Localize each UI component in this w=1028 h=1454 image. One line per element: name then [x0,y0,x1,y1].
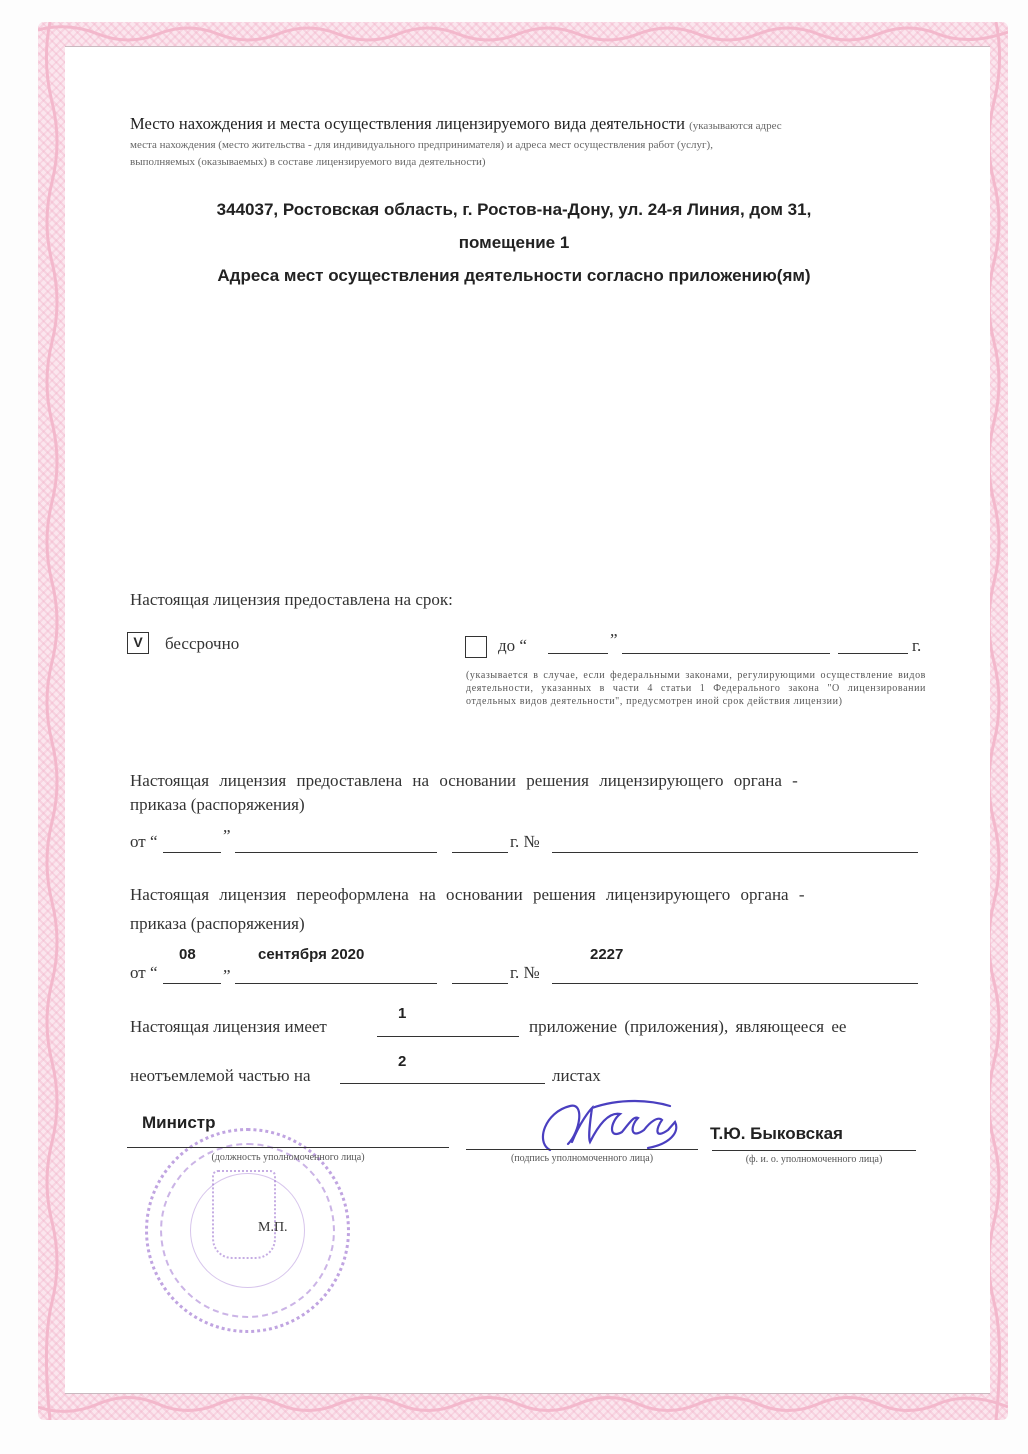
signature-caption: (подпись уполномоченного лица) [466,1153,698,1164]
reissued-number-field[interactable] [552,983,918,984]
open-quote: “ [150,963,158,982]
header-title-main: Место нахождения и места осуществления л… [130,114,685,133]
open-quote: “ [519,636,527,655]
reissued-day-field[interactable] [163,983,221,984]
granted-year-no: г. № [510,832,540,852]
address-line-2: помещение 1 [0,233,1028,253]
reissued-year-field[interactable] [452,983,508,984]
reissued-year-no: г. № [510,963,540,983]
term-label: Настоящая лицензия предоставлена на срок… [130,590,453,610]
appendix-sheets-field[interactable] [340,1083,545,1084]
appendix-suffix-1: приложение (приложения), являющееся ее [529,1017,846,1037]
reissued-day-value: 08 [179,946,196,963]
unlimited-checkbox[interactable]: V [127,632,149,654]
appendix-prefix-1: Настоящая лицензия имеет [130,1017,327,1037]
open-quote: “ [150,832,158,851]
granted-line-2: приказа (распоряжения) [130,795,305,815]
until-year-field[interactable] [838,653,908,654]
header-title: Место нахождения и места осуществления л… [130,114,782,134]
header-note-line3: выполняемых (оказываемых) в составе лице… [130,154,713,171]
reissued-month-year-value: сентября 2020 [258,946,364,963]
from-label: от [130,832,146,851]
name-field [712,1150,916,1151]
reissued-number-value: 2227 [590,946,623,963]
granted-month-field[interactable] [235,852,437,853]
granted-year-field[interactable] [452,852,508,853]
term-note: (указывается в случае, если федеральными… [466,669,926,708]
granted-close-quote: ” [223,826,231,846]
position-field [127,1147,449,1148]
header-note: места нахождения (место жительства - для… [130,137,713,171]
appendix-count-value: 1 [398,1005,406,1022]
name-caption: (ф. и. о. уполномоченного лица) [712,1154,916,1165]
stamp-label: М.П. [258,1220,288,1236]
granted-number-field[interactable] [552,852,918,853]
until-day-field[interactable] [548,653,608,654]
until-prefix: до [498,636,515,655]
reissued-line-1: Настоящая лицензия переоформлена на осно… [130,885,805,905]
reissued-close-quote: „ [223,957,231,977]
from-label: от [130,963,146,982]
position-value: Министр [142,1113,216,1133]
coat-of-arms-emblem [212,1170,276,1259]
until-label: до “ [498,636,527,656]
header-note-inline: (указываются адрес [689,120,782,132]
unlimited-label: бессрочно [165,634,239,654]
until-close-quote: ” [610,630,618,650]
granted-from: от “ [130,832,158,852]
reissued-line-2: приказа (распоряжения) [130,914,305,934]
appendix-sheets-value: 2 [398,1053,406,1070]
appendix-prefix-2: неотъемлемой частью на [130,1066,311,1086]
until-year-suffix: г. [912,636,921,656]
until-month-field[interactable] [622,653,830,654]
address-line-3: Адреса мест осуществления деятельности с… [0,266,1028,286]
reissued-month-field[interactable] [235,983,437,984]
address-line-1: 344037, Ростовская область, г. Ростов-на… [0,200,1028,220]
signatory-name: Т.Ю. Быковская [710,1124,843,1144]
signature-field [466,1149,698,1150]
handwritten-signature [530,1092,690,1162]
position-caption: (должность уполномоченного лица) [127,1152,449,1163]
header-note-line2: места нахождения (место жительства - для… [130,137,713,154]
until-checkbox[interactable] [465,636,487,658]
appendix-count-field[interactable] [377,1036,519,1037]
reissued-from: от “ [130,963,158,983]
granted-line-1: Настоящая лицензия предоставлена на осно… [130,771,798,791]
appendix-suffix-2: листах [552,1066,601,1086]
granted-day-field[interactable] [163,852,221,853]
